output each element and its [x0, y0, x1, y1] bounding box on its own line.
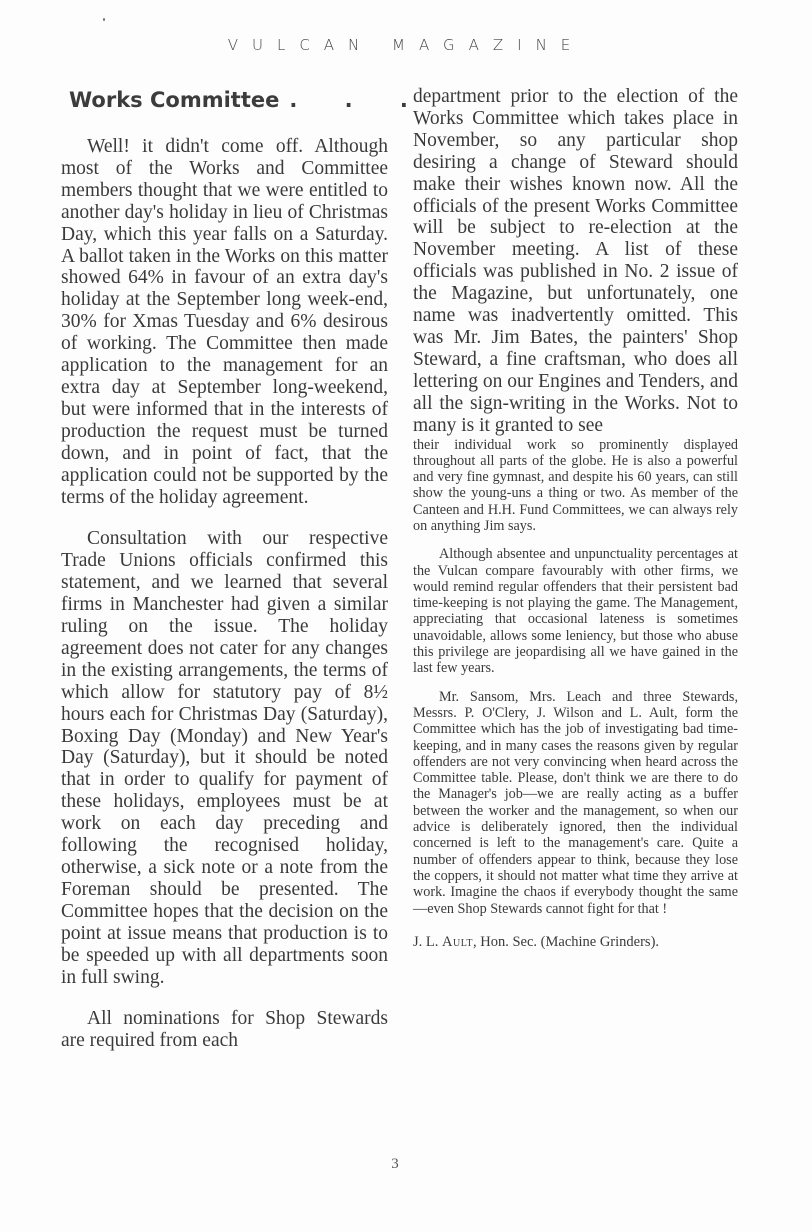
signature-surname: Ault — [442, 934, 473, 950]
article-title-dots: . . . — [289, 88, 428, 112]
signature-role: , Hon. Sec. (Machine Grinders). — [473, 934, 659, 950]
paragraph-nominations-continued: department prior to the election of the … — [413, 86, 738, 437]
signature-initials: J. L. — [413, 934, 438, 950]
paragraph-nominations: All nominations for Shop Stewards are re… — [61, 1008, 388, 1052]
page-number: 3 — [0, 1156, 790, 1173]
paragraph-jim-bates: their individual work so prominently dis… — [413, 437, 738, 535]
signature: J. L. Ault, Hon. Sec. (Machine Grinders)… — [413, 933, 738, 951]
left-column: Works Committee. . . Well! it didn't com… — [61, 86, 388, 1052]
paragraph-holiday-ballot: Well! it didn't come off. Although most … — [61, 136, 388, 508]
right-column: department prior to the election of the … — [413, 86, 738, 951]
paragraph-absenteeism: Although absentee and unpunctuality perc… — [413, 546, 738, 676]
paragraph-timekeeping-committee: Mr. Sansom, Mrs. Leach and three Steward… — [413, 689, 738, 917]
paragraph-trade-unions: Consultation with our respective Trade U… — [61, 528, 388, 988]
running-head: VULCAN MAGAZINE — [0, 36, 812, 54]
article-title: Works Committee. . . — [69, 86, 388, 114]
article-title-text: Works Committee — [69, 88, 279, 112]
print-speck — [103, 18, 105, 21]
